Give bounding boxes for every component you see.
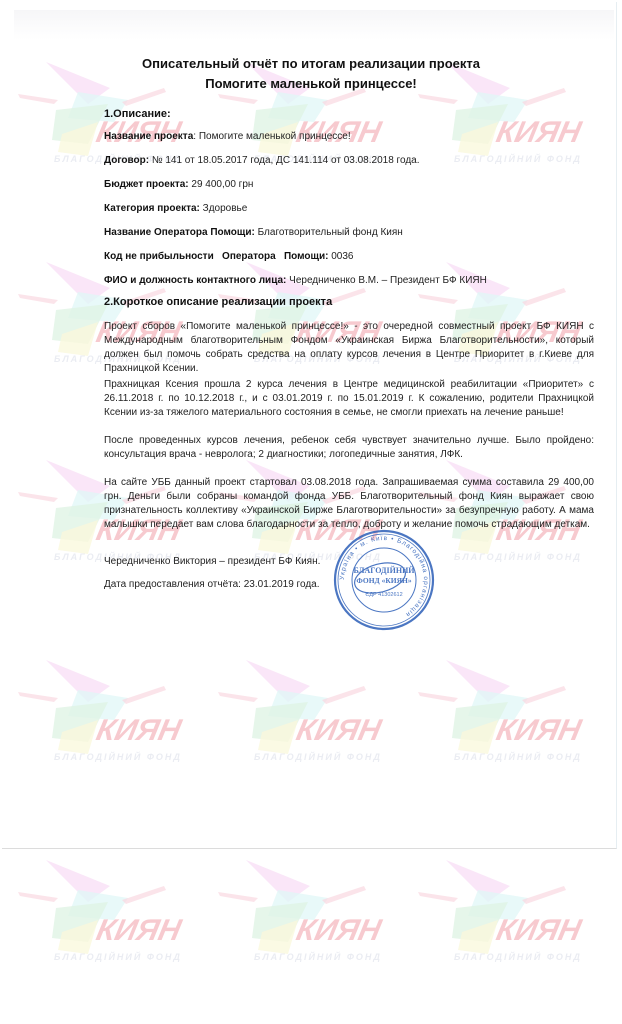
field-nonprofit-code: Код не прибыльности Оператора Помощи: 00… — [104, 251, 353, 262]
svg-text:БЛАГОДІЙНИЙ: БЛАГОДІЙНИЙ — [353, 566, 415, 575]
svg-text:БЛАГОДІЙНИЙ ФОНД: БЛАГОДІЙНИЙ ФОНД — [454, 951, 582, 962]
kiyan-bird-icon: КИЯН БЛАГОДІЙНИЙ ФОНД — [18, 850, 198, 970]
paragraph-results: После проведенных курсов лечения, ребено… — [104, 434, 594, 462]
paragraph-treatment: Прахницкая Ксения прошла 2 курса лечения… — [104, 378, 594, 420]
svg-text:КИЯН: КИЯН — [293, 914, 385, 947]
paragraph-project-intro: Проект сборов «Помогите маленькой принце… — [104, 320, 594, 376]
report-title-line2: Помогите маленькой принцессе! — [0, 76, 622, 91]
field-operator-name: Название Оператора Помощи: Благотворител… — [104, 227, 403, 238]
kiyan-watermark-logo: КИЯН БЛАГОДІЙНИЙ ФОНД — [418, 850, 598, 970]
svg-text:КИЯН: КИЯН — [493, 914, 585, 947]
svg-text:ФОНД «КИЯН»: ФОНД «КИЯН» — [356, 576, 412, 585]
scan-noise — [14, 10, 614, 40]
svg-text:КИЯН: КИЯН — [93, 914, 185, 947]
field-contact-person: ФИО и должность контактного лица: Чередн… — [104, 275, 487, 286]
kiyan-watermark-logo: КИЯН БЛАГОДІЙНИЙ ФОНД — [218, 850, 398, 970]
svg-text:БЛАГОДІЙНИЙ ФОНД: БЛАГОДІЙНИЙ ФОНД — [254, 951, 382, 962]
stamp-seal-icon: Україна • м. Київ • Благодійна організац… — [332, 526, 436, 634]
report-title-line1: Описательный отчёт по итогам реализации … — [0, 56, 622, 71]
signature-line: Чередниченко Виктория – президент БФ Кия… — [104, 556, 320, 567]
section2-heading: 2.Короткое описание реализации проекта — [104, 296, 332, 308]
svg-text:ЄДР 41302612: ЄДР 41302612 — [365, 592, 402, 598]
paragraph-fundraising: На сайте УББ данный проект стартовал 03.… — [104, 476, 594, 532]
foundation-stamp: Україна • м. Київ • Благодійна організац… — [332, 526, 436, 634]
field-budget: Бюджет проекта: 29 400,00 грн — [104, 179, 253, 190]
scanned-page — [2, 2, 617, 849]
field-project-name: Название проекта: Помогите маленькой при… — [104, 131, 351, 142]
kiyan-bird-icon: КИЯН БЛАГОДІЙНИЙ ФОНД — [218, 850, 398, 970]
field-contract: Договор: № 141 от 18.05.2017 года, ДС 14… — [104, 155, 420, 166]
report-date: Дата предоставления отчёта: 23.01.2019 г… — [104, 579, 320, 590]
svg-text:БЛАГОДІЙНИЙ ФОНД: БЛАГОДІЙНИЙ ФОНД — [54, 951, 182, 962]
field-category: Категория проекта: Здоровье — [104, 203, 247, 214]
kiyan-watermark-logo: КИЯН БЛАГОДІЙНИЙ ФОНД — [18, 850, 198, 970]
section1-heading: 1.Описание: — [104, 108, 171, 120]
kiyan-bird-icon: КИЯН БЛАГОДІЙНИЙ ФОНД — [418, 850, 598, 970]
